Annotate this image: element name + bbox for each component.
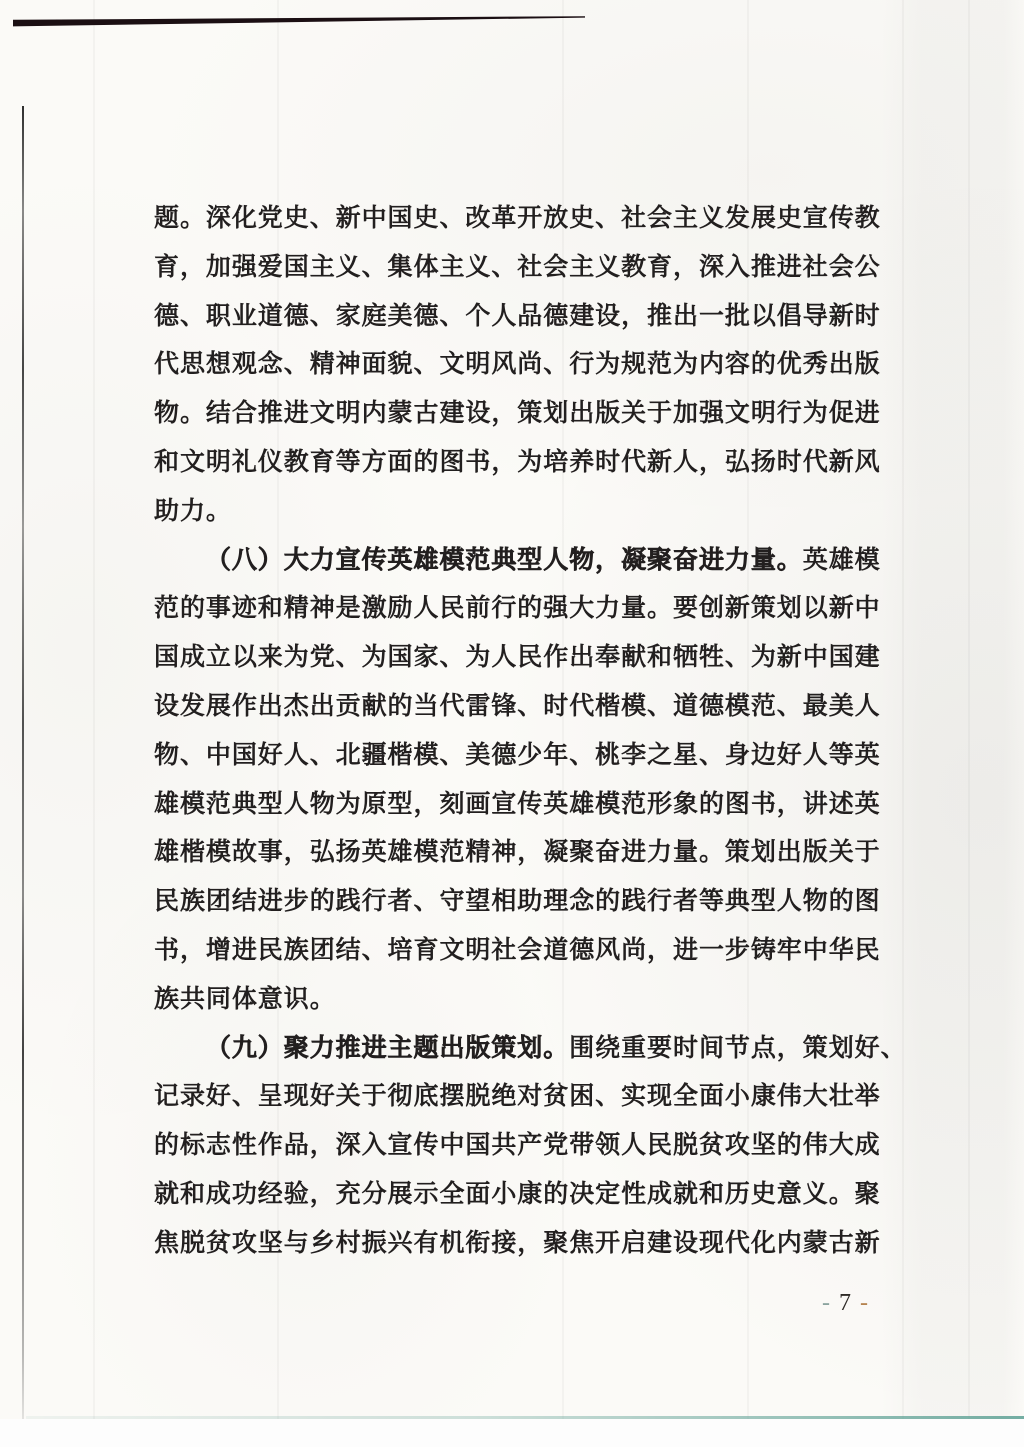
scan-streak	[93, 0, 95, 1447]
body-run: 雄模范典型人物为原型，刻画宣传英雄模范形象的图书，讲述英	[154, 791, 881, 818]
body-run: 代思想观念、精神面貌、文明风尚、行为规范为内容的优秀出版	[154, 351, 881, 378]
page-edge-artifact-top	[13, 15, 585, 27]
body-run: 围绕重要时间节点，策划好、	[569, 1035, 906, 1062]
text-line: 物。结合推进文明内蒙古建设，策划出版关于加强文明行为促进	[154, 390, 884, 439]
text-line: 民族团结进步的践行者、守望相助理念的践行者等典型人物的图	[154, 878, 884, 927]
body-run: 题。深化党史、新中国史、改革开放史、社会主义发展史宣传教	[154, 205, 881, 232]
text-line: 雄楷模故事，弘扬英雄模范精神，凝聚奋进力量。策划出版关于	[154, 829, 884, 878]
body-run: 书，增进民族团结、培育文明社会道德风尚，进一步铸牢中华民	[154, 937, 881, 964]
body-run: 记录好、呈现好关于彻底摆脱绝对贫困、实现全面小康伟大壮举	[154, 1083, 881, 1110]
body-run: 民族团结进步的践行者、守望相助理念的践行者等典型人物的图	[154, 888, 881, 915]
body-run: 德、职业道德、家庭美德、个人品德建设，推出一批以倡导新时	[154, 303, 881, 330]
text-line: 族共同体意识。	[154, 976, 884, 1025]
page-number: -7-	[822, 1290, 868, 1317]
text-line: 雄模范典型人物为原型，刻画宣传英雄模范形象的图书，讲述英	[154, 781, 884, 830]
body-run: 和文明礼仪教育等方面的图书，为培养时代新人，弘扬时代新风	[154, 449, 881, 476]
text-line: 和文明礼仪教育等方面的图书，为培养时代新人，弘扬时代新风	[154, 439, 884, 488]
heading-run: （八）大力宣传英雄模范典型人物，凝聚奋进力量。	[206, 547, 803, 574]
text-line: 设发展作出杰出贡献的当代雷锋、时代楷模、道德模范、最美人	[154, 683, 884, 732]
text-line: （九）聚力推进主题出版策划。围绕重要时间节点，策划好、	[154, 1025, 884, 1074]
document-body: 题。深化党史、新中国史、改革开放史、社会主义发展史宣传教育，加强爱国主义、集体主…	[154, 195, 884, 1269]
page-number-right-dash: -	[860, 1290, 868, 1316]
body-run: 国成立以来为党、为国家、为人民作出奉献和牺牲、为新中国建	[154, 644, 881, 671]
body-run: 设发展作出杰出贡献的当代雷锋、时代楷模、道德模范、最美人	[154, 693, 881, 720]
text-line: 德、职业道德、家庭美德、个人品德建设，推出一批以倡导新时	[154, 293, 884, 342]
text-line: 物、中国好人、北疆楷模、美德少年、桃李之星、身边好人等英	[154, 732, 884, 781]
body-run: 雄楷模故事，弘扬英雄模范精神，凝聚奋进力量。策划出版关于	[154, 839, 881, 866]
body-run: 助力。	[154, 498, 232, 525]
page-number-value: 7	[839, 1290, 851, 1316]
scan-streak	[902, 0, 904, 1447]
scan-streak	[968, 0, 970, 1447]
body-run: 的标志性作品，深入宣传中国共产党带领人民脱贫攻坚的伟大成	[154, 1132, 881, 1159]
body-run: 焦脱贫攻坚与乡村振兴有机衔接，聚焦开启建设现代化内蒙古新	[154, 1230, 881, 1257]
text-line: 的标志性作品，深入宣传中国共产党带领人民脱贫攻坚的伟大成	[154, 1122, 884, 1171]
text-line: （八）大力宣传英雄模范典型人物，凝聚奋进力量。英雄模	[154, 537, 884, 586]
text-line: 代思想观念、精神面貌、文明风尚、行为规范为内容的优秀出版	[154, 341, 884, 390]
body-run: 范的事迹和精神是激励人民前行的强大力量。要创新策划以新中	[154, 595, 881, 622]
text-line: 就和成功经验，充分展示全面小康的决定性成就和历史意义。聚	[154, 1171, 884, 1220]
body-run: 物、中国好人、北疆楷模、美德少年、桃李之星、身边好人等英	[154, 742, 881, 769]
body-run: 育，加强爱国主义、集体主义、社会主义教育，深入推进社会公	[154, 254, 881, 281]
body-run: 英雄模	[803, 547, 881, 574]
body-run: 族共同体意识。	[154, 986, 336, 1013]
text-line: 书，增进民族团结、培育文明社会道德风尚，进一步铸牢中华民	[154, 927, 884, 976]
body-run: 就和成功经验，充分展示全面小康的决定性成就和历史意义。聚	[154, 1181, 881, 1208]
text-line: 焦脱贫攻坚与乡村振兴有机衔接，聚焦开启建设现代化内蒙古新	[154, 1220, 884, 1269]
text-line: 育，加强爱国主义、集体主义、社会主义教育，深入推进社会公	[154, 244, 884, 293]
body-run: 物。结合推进文明内蒙古建设，策划出版关于加强文明行为促进	[154, 400, 881, 427]
heading-run: （九）聚力推进主题出版策划。	[206, 1035, 569, 1062]
text-line: 题。深化党史、新中国史、改革开放史、社会主义发展史宣传教	[154, 195, 884, 244]
text-line: 国成立以来为党、为国家、为人民作出奉献和牺牲、为新中国建	[154, 634, 884, 683]
page-number-left-dash: -	[822, 1290, 830, 1316]
page-edge-artifact-left	[22, 106, 24, 1420]
scanned-page: 题。深化党史、新中国史、改革开放史、社会主义发展史宣传教育，加强爱国主义、集体主…	[0, 0, 1024, 1447]
text-line: 范的事迹和精神是激励人民前行的强大力量。要创新策划以新中	[154, 585, 884, 634]
text-line: 记录好、呈现好关于彻底摆脱绝对贫困、实现全面小康伟大壮举	[154, 1073, 884, 1122]
text-line: 助力。	[154, 488, 884, 537]
page-bottom-margin	[0, 1419, 1024, 1447]
